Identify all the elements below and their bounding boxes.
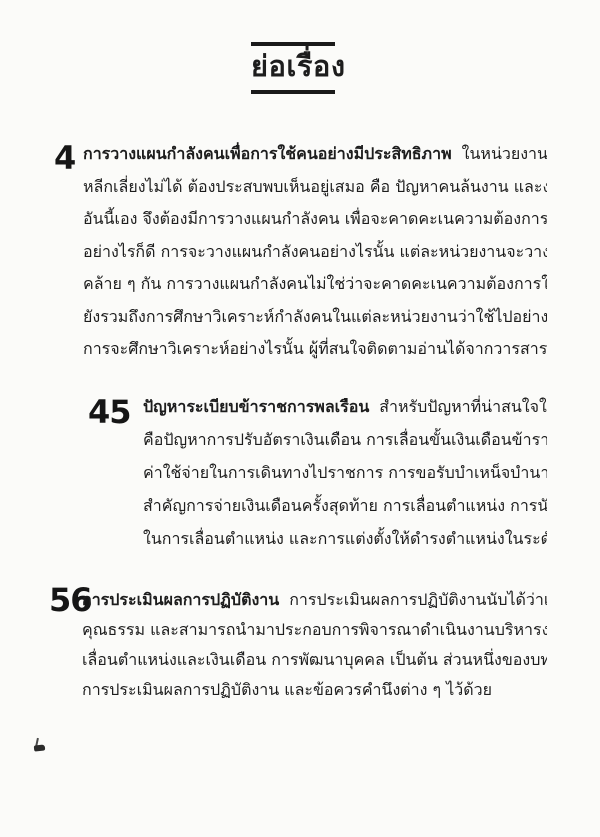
entry-56-title: การประเมินผลการปฏิบัติงาน [82,590,279,609]
entry-4-line-6: ยังรวมถึงการศึกษาวิเคราะห์กำลังคนในแต่ละ… [83,301,547,334]
entry-4-line-2: หลีกเลี่ยงไม่ได้ ต้องประสบพบเห็นอยู่เสมอ… [83,171,547,204]
entry-45-line-3: ค่าใช้จ่ายในการเดินทางไปราชการ การขอรับบ… [143,456,547,489]
entry-45-line-5: ในการเลื่อนตำแหน่ง และการแต่งตั้งให้ดำรง… [143,522,547,555]
document-page: ย่อเรื่อง 4 การวางแผนกำลังคนเพื่อการใช้ค… [0,0,600,837]
ink-smudge-blob [34,744,46,751]
entry-4-line-5: คล้าย ๆ กัน การวางแผนกำลังคนไม่ใช่ว่าจะค… [83,268,547,301]
entry-4-line-7: การจะศึกษาวิเคราะห์อย่างไรนั้น ผู้ที่สนใ… [83,333,547,366]
entry-56-line-2: คุณธรรม และสามารถนำมาประกอบการพิจารณาดำเ… [82,615,547,645]
entry-56-line-3: เลื่อนตำแหน่งและเงินเดือน การพัฒนาบุคคล … [82,645,547,675]
page-header: ย่อเรื่อง [251,42,335,94]
entry-4-line-1-rest: ในหน่วยงานต่าง ๆ ปัญหาที่มัก [462,144,547,163]
page-title: ย่อเรื่อง [251,51,335,83]
entry-4-body: การวางแผนกำลังคนเพื่อการใช้คนอย่างมีประส… [83,138,547,366]
entry-4-line-4: อย่างไรก็ดี การจะวางแผนกำลังคนอย่างไรนั้… [83,236,547,269]
entry-45-body: ปัญหาระเบียบข้าราชการพลเรือนสำหรับปัญหาท… [143,390,547,555]
entry-56-body: การประเมินผลการปฏิบัติงานการประเมินผลการ… [82,585,547,705]
entry-56-line-4: การประเมินผลการปฏิบัติงาน และข้อควรคำนึง… [82,675,547,705]
entry-4-title: การวางแผนกำลังคนเพื่อการใช้คนอย่างมีประส… [83,144,452,163]
entry-4-line-3: อันนี้เอง จึงต้องมีการวางแผนกำลังคน เพื่… [83,203,547,236]
entry-45-line-2: คือปัญหาการปรับอัตราเงินเดือน การเลื่อนข… [143,423,547,456]
entry-56-line-1: การประเมินผลการปฏิบัติงานการประเมินผลการ… [82,585,547,615]
entry-page-number-45: 45 [88,396,131,428]
entry-45-line-1: ปัญหาระเบียบข้าราชการพลเรือนสำหรับปัญหาท… [143,390,547,423]
entry-45-title: ปัญหาระเบียบข้าราชการพลเรือน [143,397,369,416]
entry-45-line-4: สำคัญการจ่ายเงินเดือนครั้งสุดท้าย การเลื… [143,489,547,522]
ink-smudge [32,738,48,756]
entry-page-number-4: 4 [54,142,75,174]
entry-45-line-1-rest: สำหรับปัญหาที่น่าสนใจในวารสาร ฯ ฉบับนี้ [379,397,547,416]
entry-4-line-1: การวางแผนกำลังคนเพื่อการใช้คนอย่างมีประส… [83,138,547,171]
entry-56-line-1-rest: การประเมินผลการปฏิบัติงานนับได้ว่าเป็นสิ… [289,590,547,609]
